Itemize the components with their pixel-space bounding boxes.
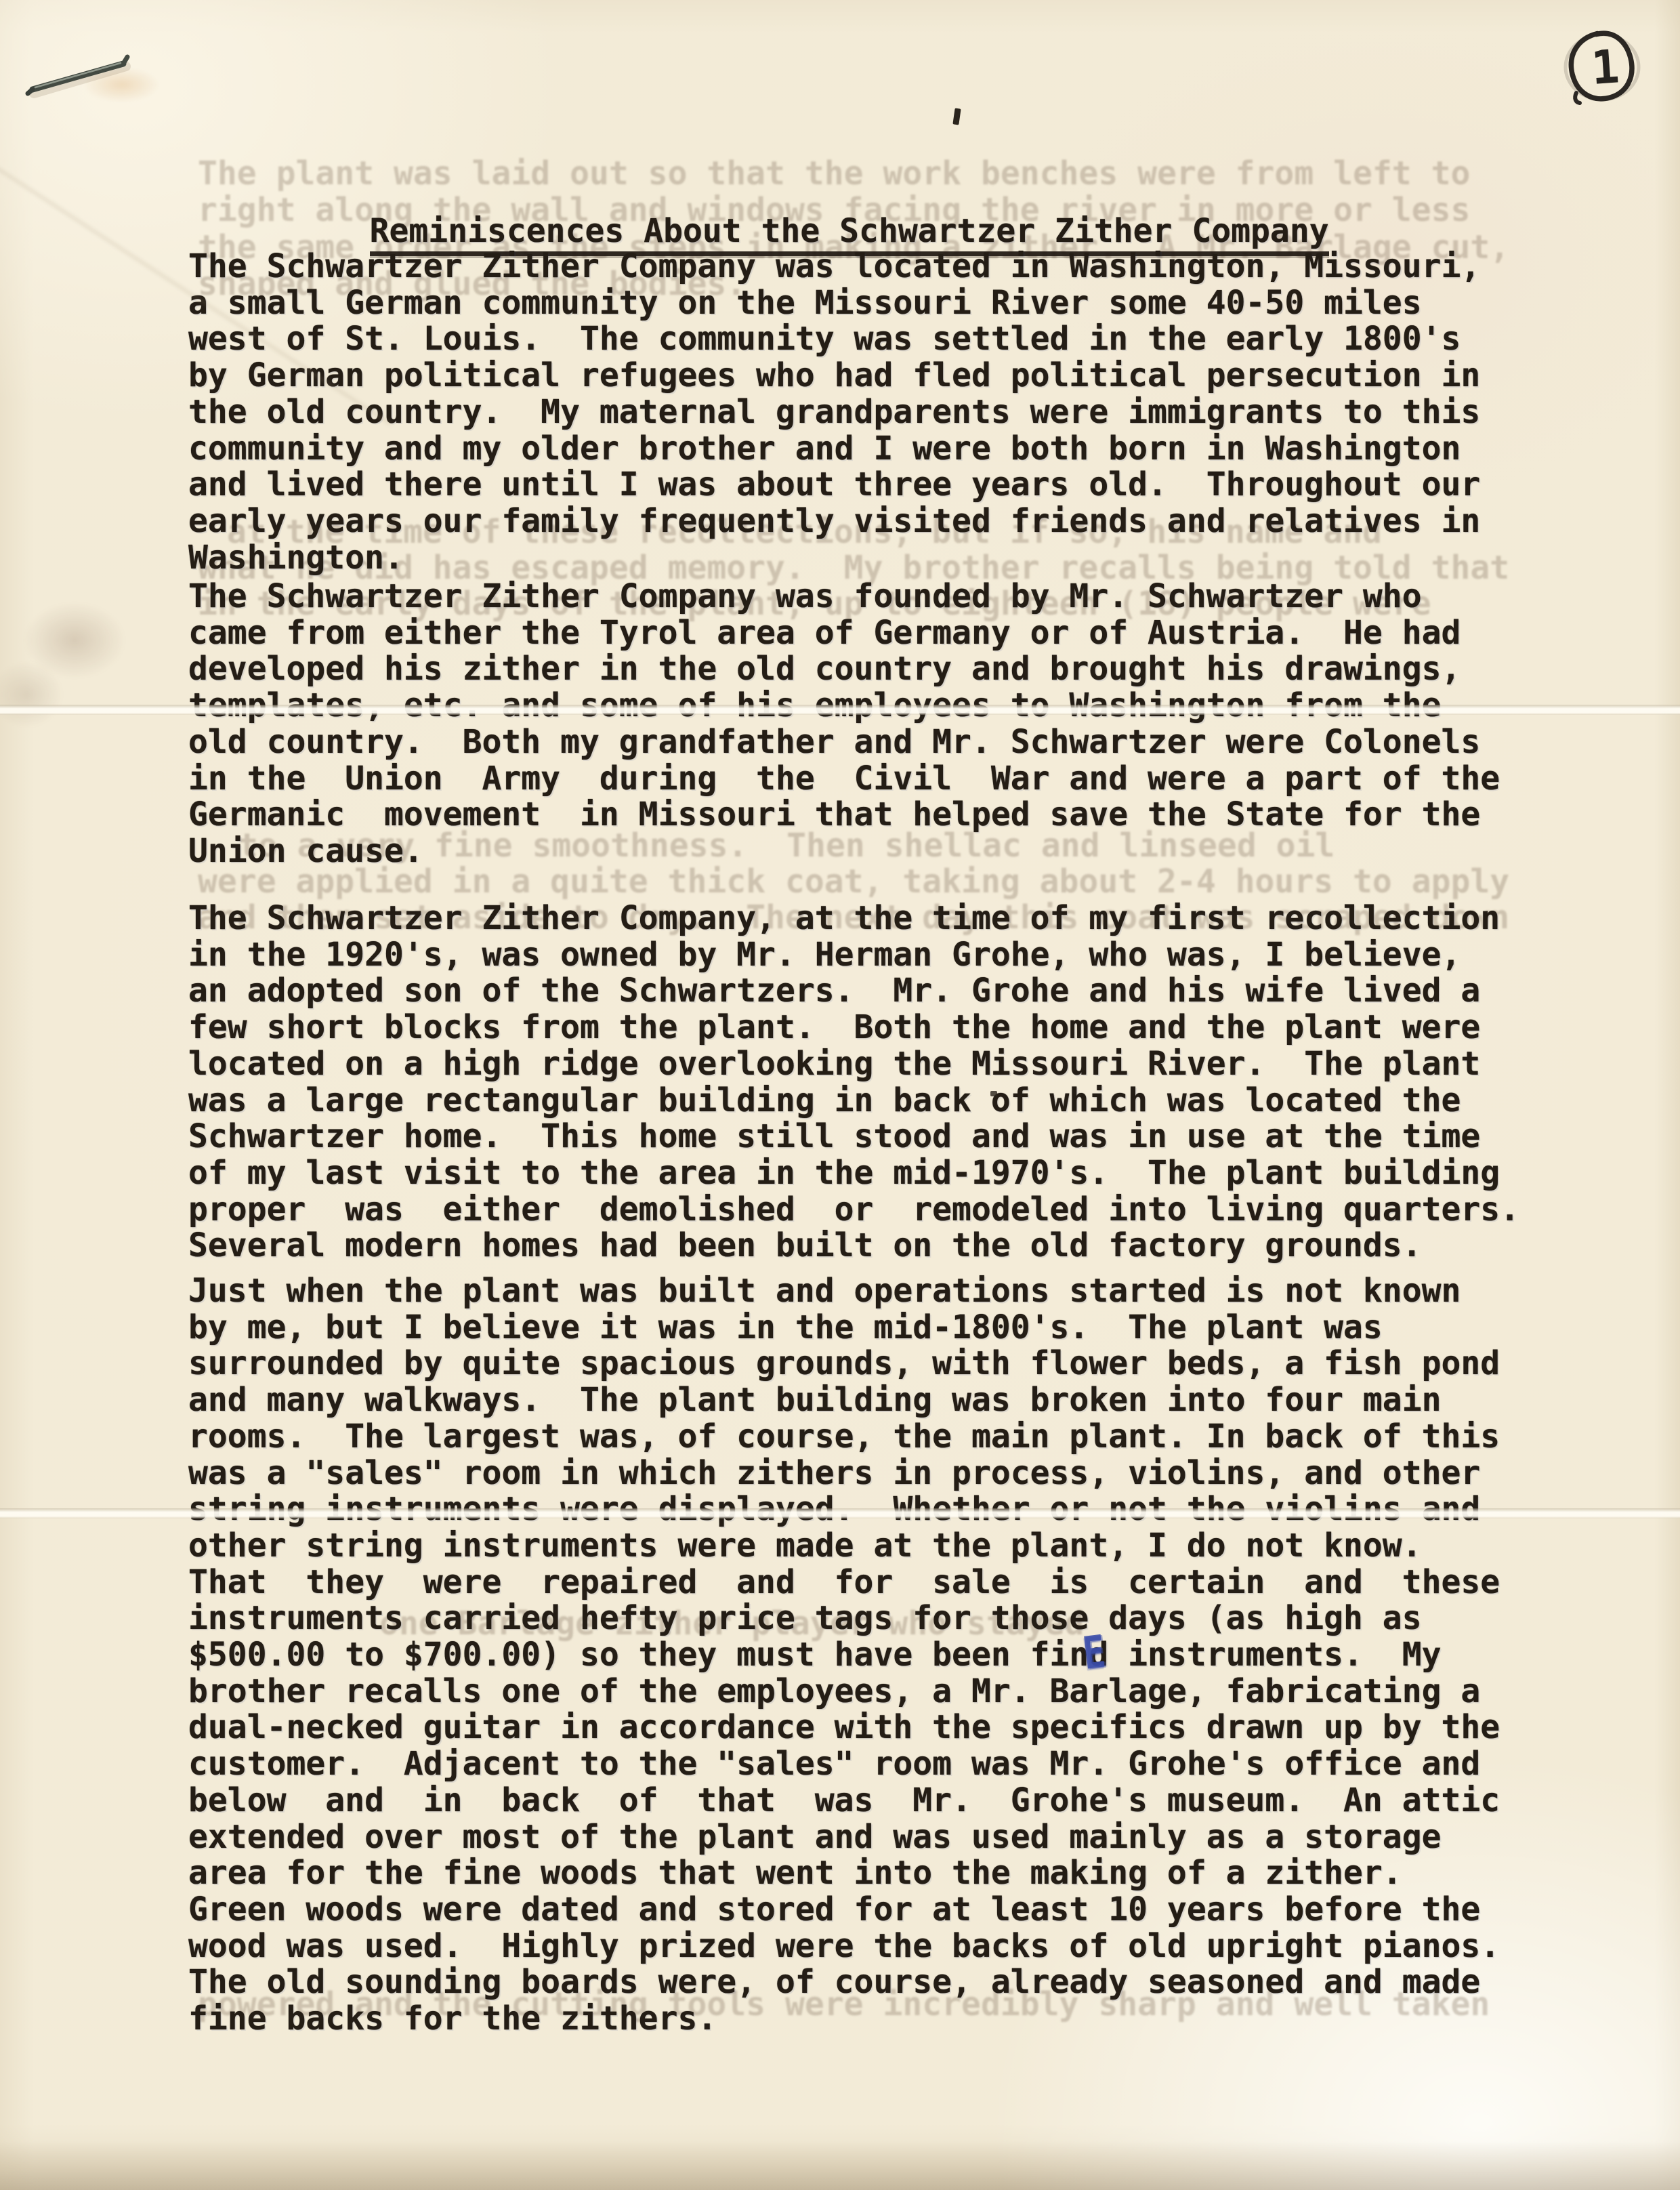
paper-crease — [0, 1508, 1680, 1518]
ink-speck — [990, 1091, 997, 1096]
paragraph: Just when the plant was built and operat… — [188, 1273, 1500, 2038]
page-number: 1 — [1590, 40, 1621, 96]
paragraph: The Schwartzer Zither Company was founde… — [188, 579, 1500, 870]
paper-crease — [0, 705, 1680, 715]
paragraph: The Schwartzer Zither Company, at the ti… — [188, 901, 1519, 1264]
staple — [20, 49, 149, 110]
paragraph: The Schwartzer Zither Company was locate… — [188, 249, 1480, 576]
page-number-badge: 1 — [1547, 22, 1662, 124]
scanned-document-page: The plant was laid out so that the work … — [0, 0, 1680, 2190]
